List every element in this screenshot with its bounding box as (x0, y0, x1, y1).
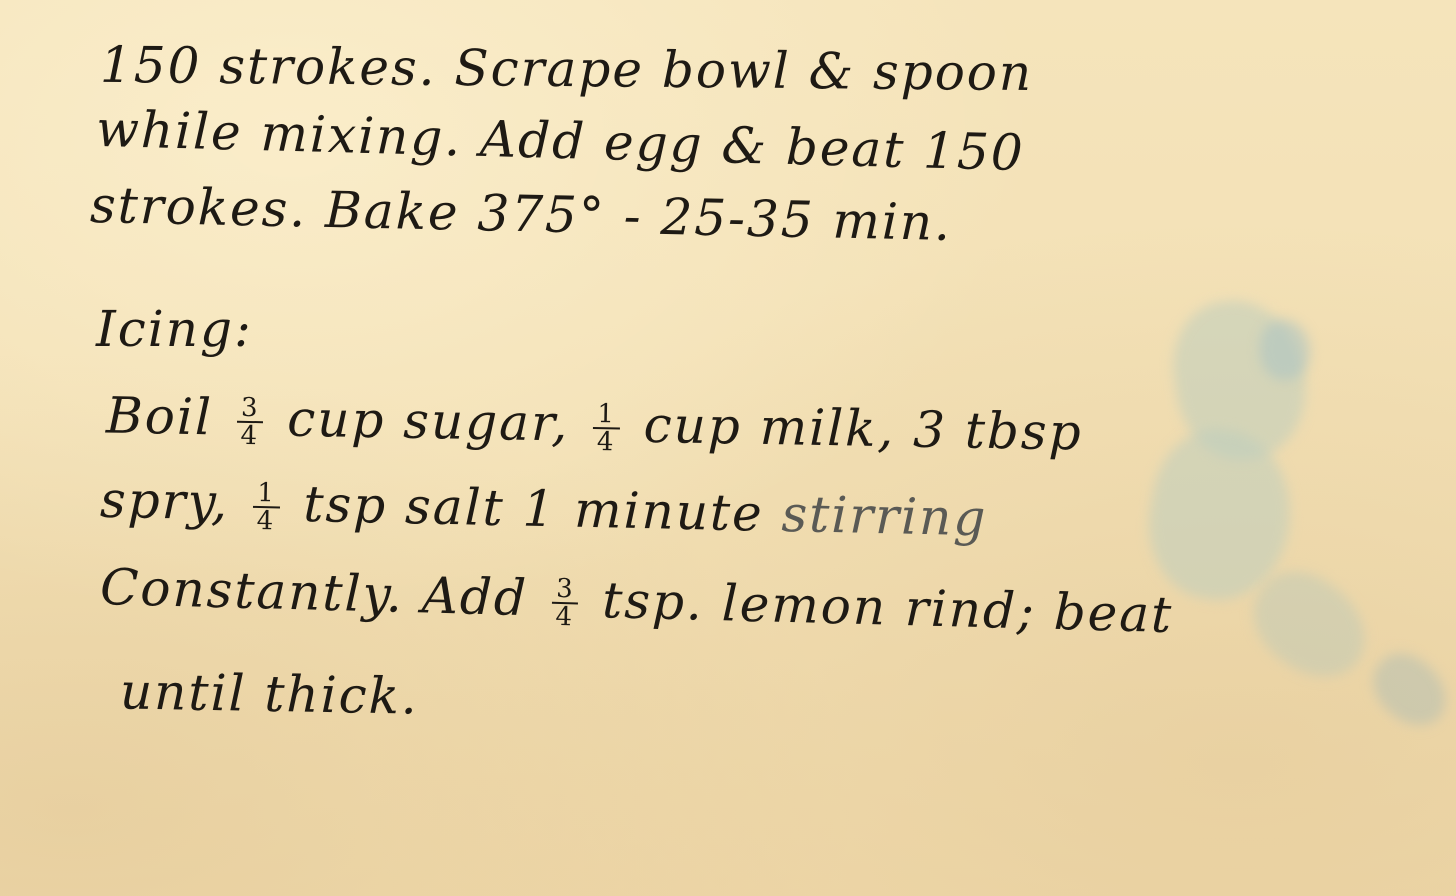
recipe-line-1: 150 strokes. Scrape bowl & spoon (100, 36, 1034, 102)
recipe-line-6: spry, 1 4 tsp salt 1 minute stirring (99, 471, 987, 550)
fraction-numerator: 3 (237, 395, 264, 423)
line-text: tsp. lemon rind; beat (602, 571, 1174, 644)
fraction: 3 4 (236, 395, 263, 449)
fraction-numerator: 1 (593, 401, 620, 429)
recipe-line-5: Boil 3 4 cup sugar, 1 4 cup milk, 3 tbsp (106, 386, 1084, 463)
fraction-denominator: 4 (252, 508, 279, 535)
fraction: 3 4 (551, 576, 579, 631)
fraction-denominator: 4 (236, 423, 263, 449)
line-text: tsp salt 1 minute (303, 475, 764, 543)
icing-heading: Icing: (96, 300, 253, 358)
water-stain (1360, 641, 1456, 738)
fraction-denominator: 4 (593, 429, 620, 455)
water-stain (1260, 320, 1310, 380)
fraction-numerator: 3 (552, 576, 579, 605)
line-text: Boil (106, 386, 214, 446)
line-text-faded: stirring (781, 485, 988, 547)
fraction: 1 4 (593, 401, 620, 455)
fraction-numerator: 1 (253, 480, 280, 509)
fraction-denominator: 4 (551, 604, 578, 631)
recipe-card: 150 strokes. Scrape bowl & spoon while m… (0, 0, 1456, 896)
fraction: 1 4 (252, 480, 280, 535)
line-text: spry, (100, 471, 230, 532)
recipe-line-8: until thick. (120, 662, 420, 725)
line-text: cup sugar, (287, 390, 570, 453)
line-text: cup milk, 3 tbsp (643, 396, 1083, 462)
recipe-line-3: strokes. Bake 375° - 25-35 min. (89, 176, 952, 252)
recipe-line-2: while mixing. Add egg & beat 150 (95, 100, 1025, 182)
recipe-line-7: Constantly. Add 3 4 tsp. lemon rind; bea… (99, 558, 1174, 646)
line-text: Constantly. Add (99, 558, 528, 627)
